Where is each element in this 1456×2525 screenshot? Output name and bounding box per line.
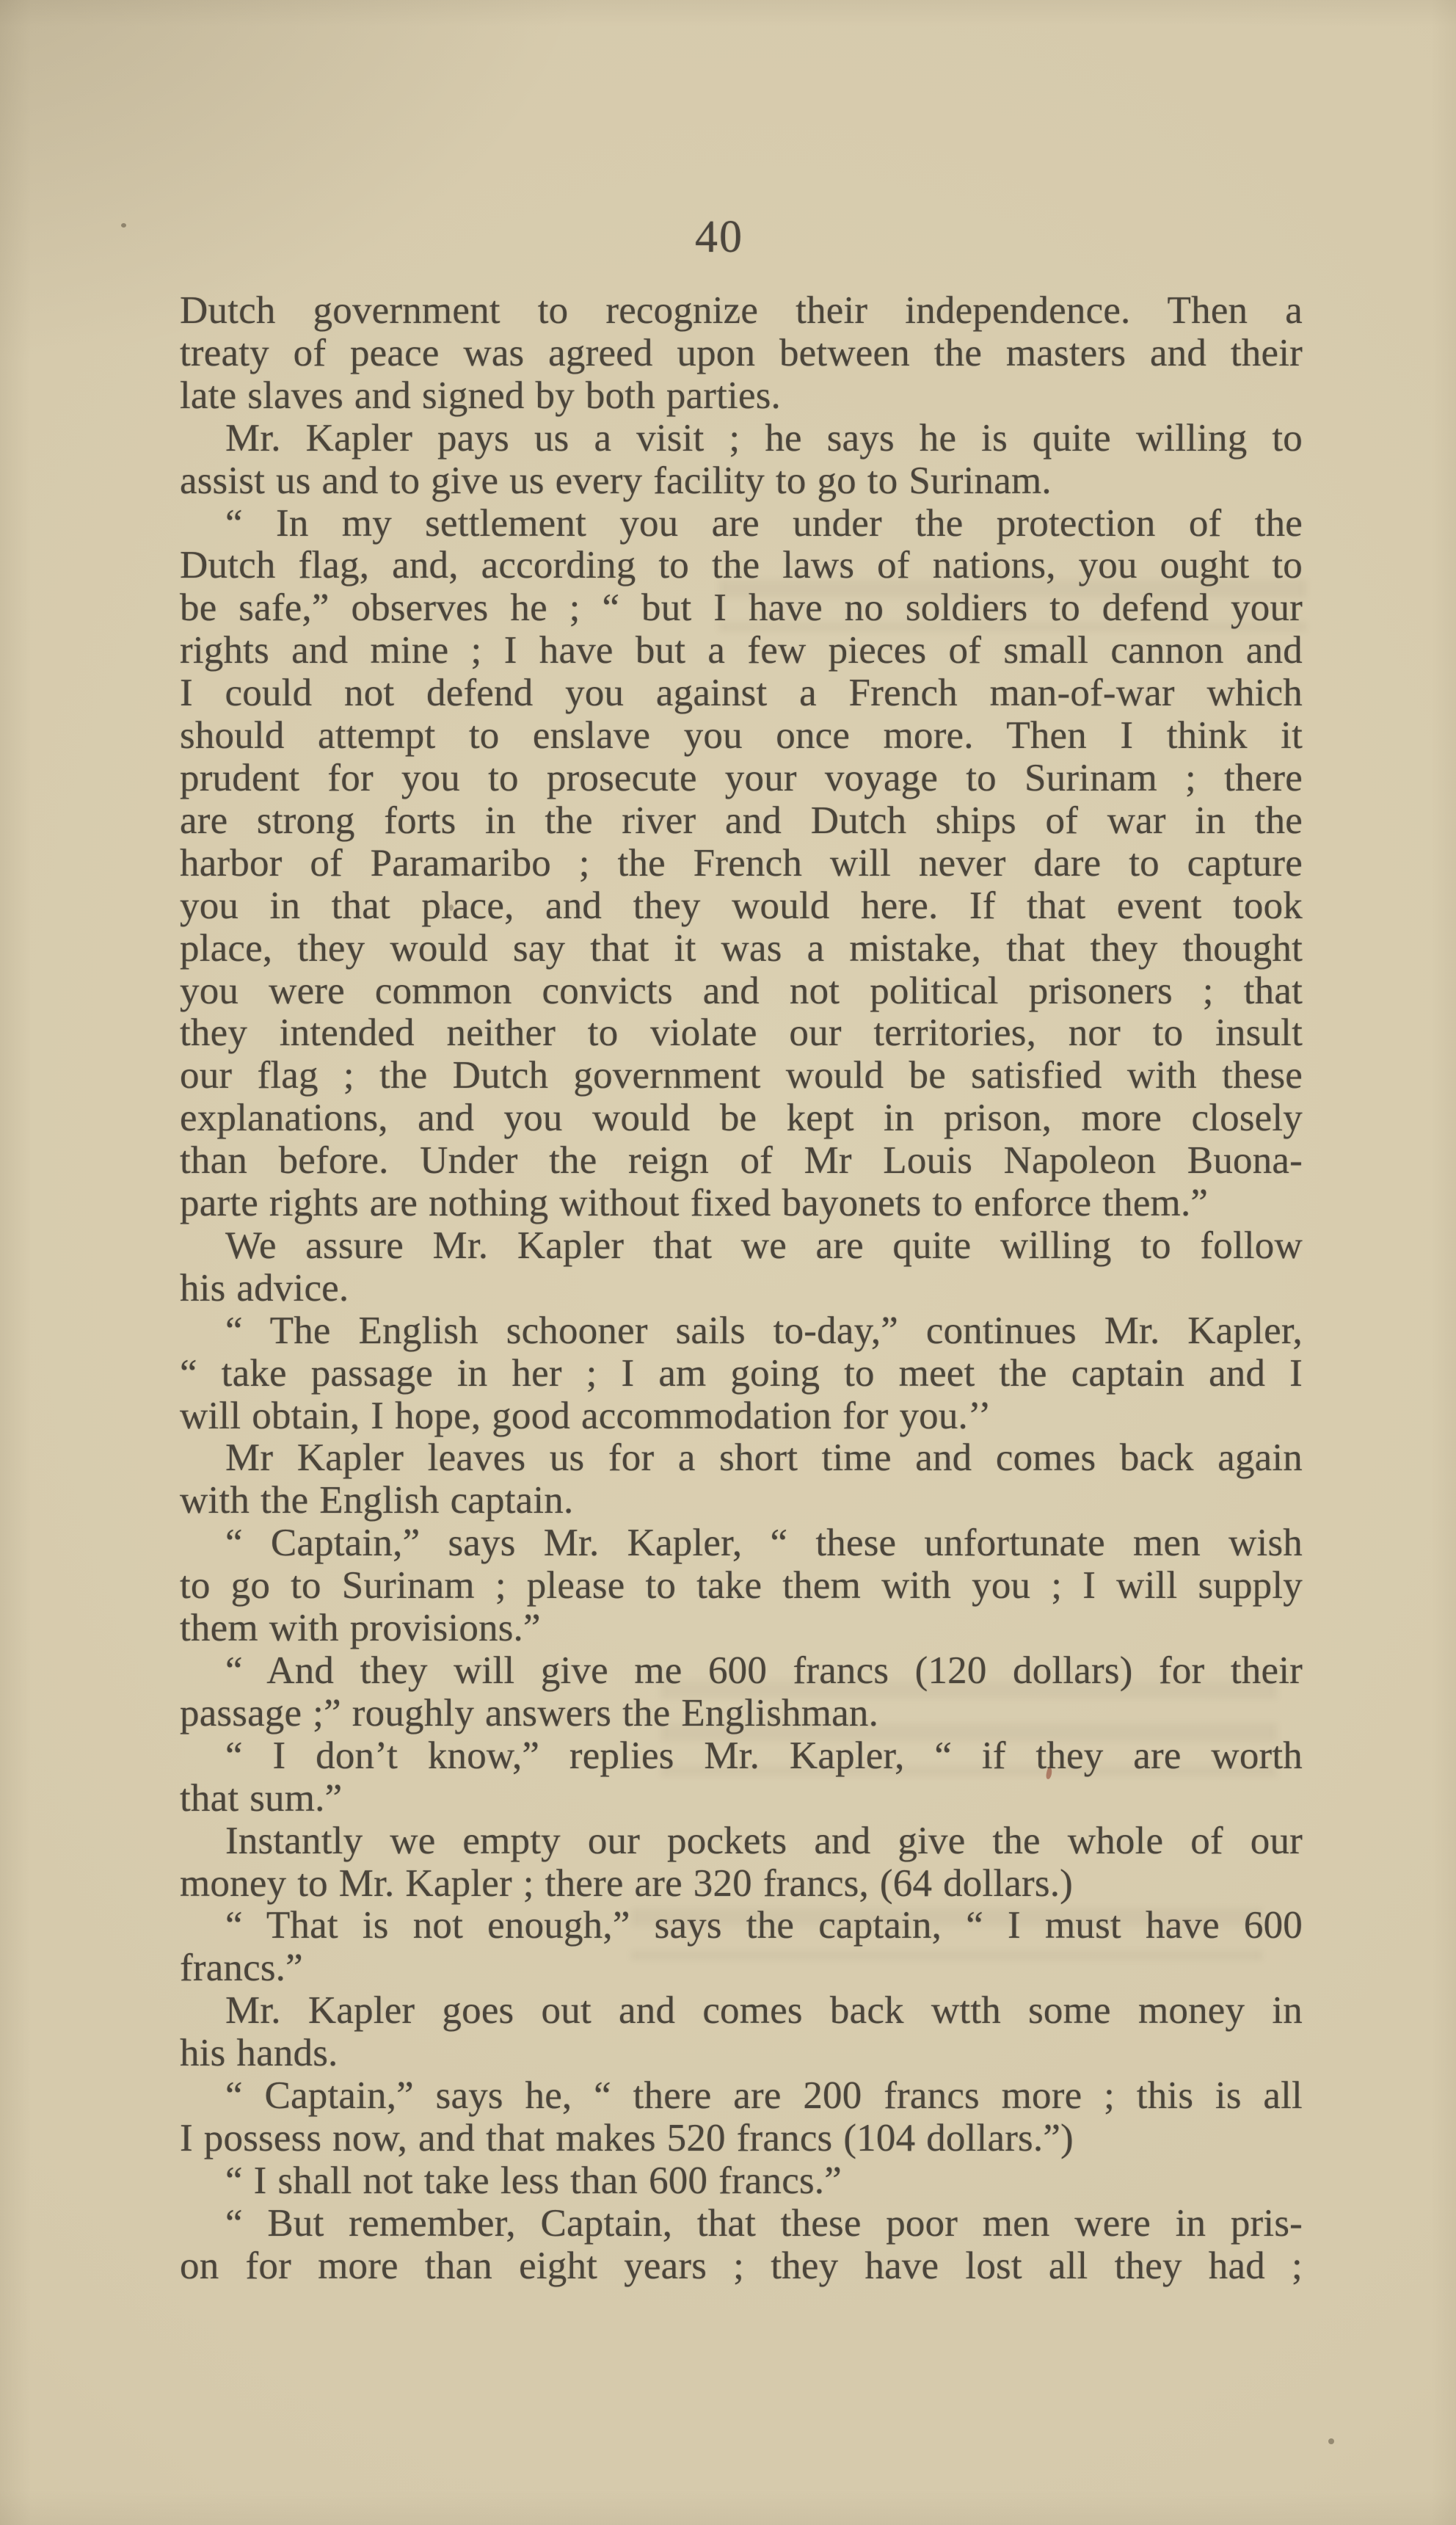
text-line: assist us and to give us every facility … (180, 460, 1303, 503)
ink-speck (1328, 2438, 1334, 2444)
text-line: “ In my settlement you are under the pro… (180, 503, 1303, 545)
paragraph: “ But remember, Captain, that these poor… (180, 2203, 1303, 2288)
text-line: that sum.” (180, 1778, 1303, 1820)
paragraph: “ In my settlement you are under the pro… (180, 503, 1303, 1225)
text-line: We assure Mr. Kapler that we are quite w… (180, 1225, 1303, 1268)
text-line: be safe,” observes he ; “ but I have no … (180, 587, 1303, 630)
text-line: his advice. (180, 1268, 1303, 1310)
text-line: “ But remember, Captain, that these poor… (180, 2203, 1303, 2245)
text-line: rights and mine ; I have but a few piece… (180, 630, 1303, 672)
text-line: you in that place, and they would here. … (180, 885, 1303, 928)
text-line: explanations, and you would be kept in p… (180, 1097, 1303, 1140)
text-line: “ take passage in her ; I am going to me… (180, 1353, 1303, 1395)
text-line: late slaves and signed by both parties. (180, 375, 1303, 418)
text-line: them with provisions.” (180, 1607, 1303, 1650)
text-line: Mr. Kapler pays us a visit ; he says he … (180, 418, 1303, 460)
text-line: to go to Surinam ; please to take them w… (180, 1565, 1303, 1607)
text-line: are strong forts in the river and Dutch … (180, 800, 1303, 843)
text-line: on for more than eight years ; they have… (180, 2245, 1303, 2288)
text-line: than before. Under the reign of Mr Louis… (180, 1140, 1303, 1182)
text-line: place, they would say that it was a mist… (180, 928, 1303, 970)
text-line: “ I shall not take less than 600 francs.… (180, 2160, 1303, 2203)
paragraph: We assure Mr. Kapler that we are quite w… (180, 1225, 1303, 1310)
text-line: prudent for you to prosecute your voyage… (180, 757, 1303, 800)
text-line: “ Captain,” says Mr. Kapler, “ these unf… (180, 1522, 1303, 1565)
text-line: Mr. Kapler goes out and comes back wtth … (180, 1990, 1303, 2032)
text-line: “ Captain,” says he, “ there are 200 fra… (180, 2075, 1303, 2118)
text-line: money to Mr. Kapler ; there are 320 fran… (180, 1863, 1303, 1905)
paragraph: Instantly we empty our pockets and give … (180, 1820, 1303, 1905)
text-line: harbor of Paramaribo ; the French will n… (180, 843, 1303, 885)
text-line: parte rights are nothing without fixed b… (180, 1182, 1303, 1225)
page-text: Dutch government to recognize their inde… (180, 290, 1303, 2288)
text-line: “ That is not enough,” says the captain,… (180, 1905, 1303, 1947)
text-line: you were common convicts and not politic… (180, 970, 1303, 1013)
paragraph: “ The English schooner sails to-day,” co… (180, 1310, 1303, 1438)
text-line: I possess now, and that makes 520 francs… (180, 2118, 1303, 2160)
paragraph: “ Captain,” says he, “ there are 200 fra… (180, 2075, 1303, 2160)
text-line: francs.” (180, 1947, 1303, 1990)
paragraph: Mr. Kapler goes out and comes back wtth … (180, 1990, 1303, 2075)
text-line: Mr Kapler leaves us for a short time and… (180, 1437, 1303, 1480)
text-line: his hands. (180, 2032, 1303, 2075)
paragraph: “ And they will give me 600 francs (120 … (180, 1650, 1303, 1735)
paragraph: “ Captain,” says Mr. Kapler, “ these unf… (180, 1522, 1303, 1650)
text-line: “ And they will give me 600 francs (120 … (180, 1650, 1303, 1693)
paragraph: “ I shall not take less than 600 francs.… (180, 2160, 1303, 2203)
text-line: “ The English schooner sails to-day,” co… (180, 1310, 1303, 1353)
text-line: will obtain, I hope, good accommodation … (180, 1395, 1303, 1438)
text-line: our flag ; the Dutch government would be… (180, 1055, 1303, 1097)
text-line: with the English captain. (180, 1480, 1303, 1522)
text-line: they intended neither to violate our ter… (180, 1012, 1303, 1055)
text-line: treaty of peace was agreed upon between … (180, 333, 1303, 375)
text-line: “ I don’t know,” replies Mr. Kapler, “ i… (180, 1735, 1303, 1778)
paragraph: Mr. Kapler pays us a visit ; he says he … (180, 418, 1303, 503)
text-line: Instantly we empty our pockets and give … (180, 1820, 1303, 1863)
paragraph: “ That is not enough,” says the captain,… (180, 1905, 1303, 1990)
page-number: 40 (158, 211, 1281, 264)
text-line: passage ;” roughly answers the Englishma… (180, 1693, 1303, 1735)
text-line: should attempt to enslave you once more.… (180, 715, 1303, 757)
text-line: I could not defend you against a French … (180, 672, 1303, 715)
paragraph: Dutch government to recognize their inde… (180, 290, 1303, 418)
paragraph: Mr Kapler leaves us for a short time and… (180, 1437, 1303, 1522)
paragraph: “ I don’t know,” replies Mr. Kapler, “ i… (180, 1735, 1303, 1820)
text-line: Dutch flag, and, according to the laws o… (180, 545, 1303, 587)
book-page: 40 Dutch government to recognize their i… (0, 0, 1456, 2525)
ink-speck (121, 223, 126, 228)
text-line: Dutch government to recognize their inde… (180, 290, 1303, 333)
